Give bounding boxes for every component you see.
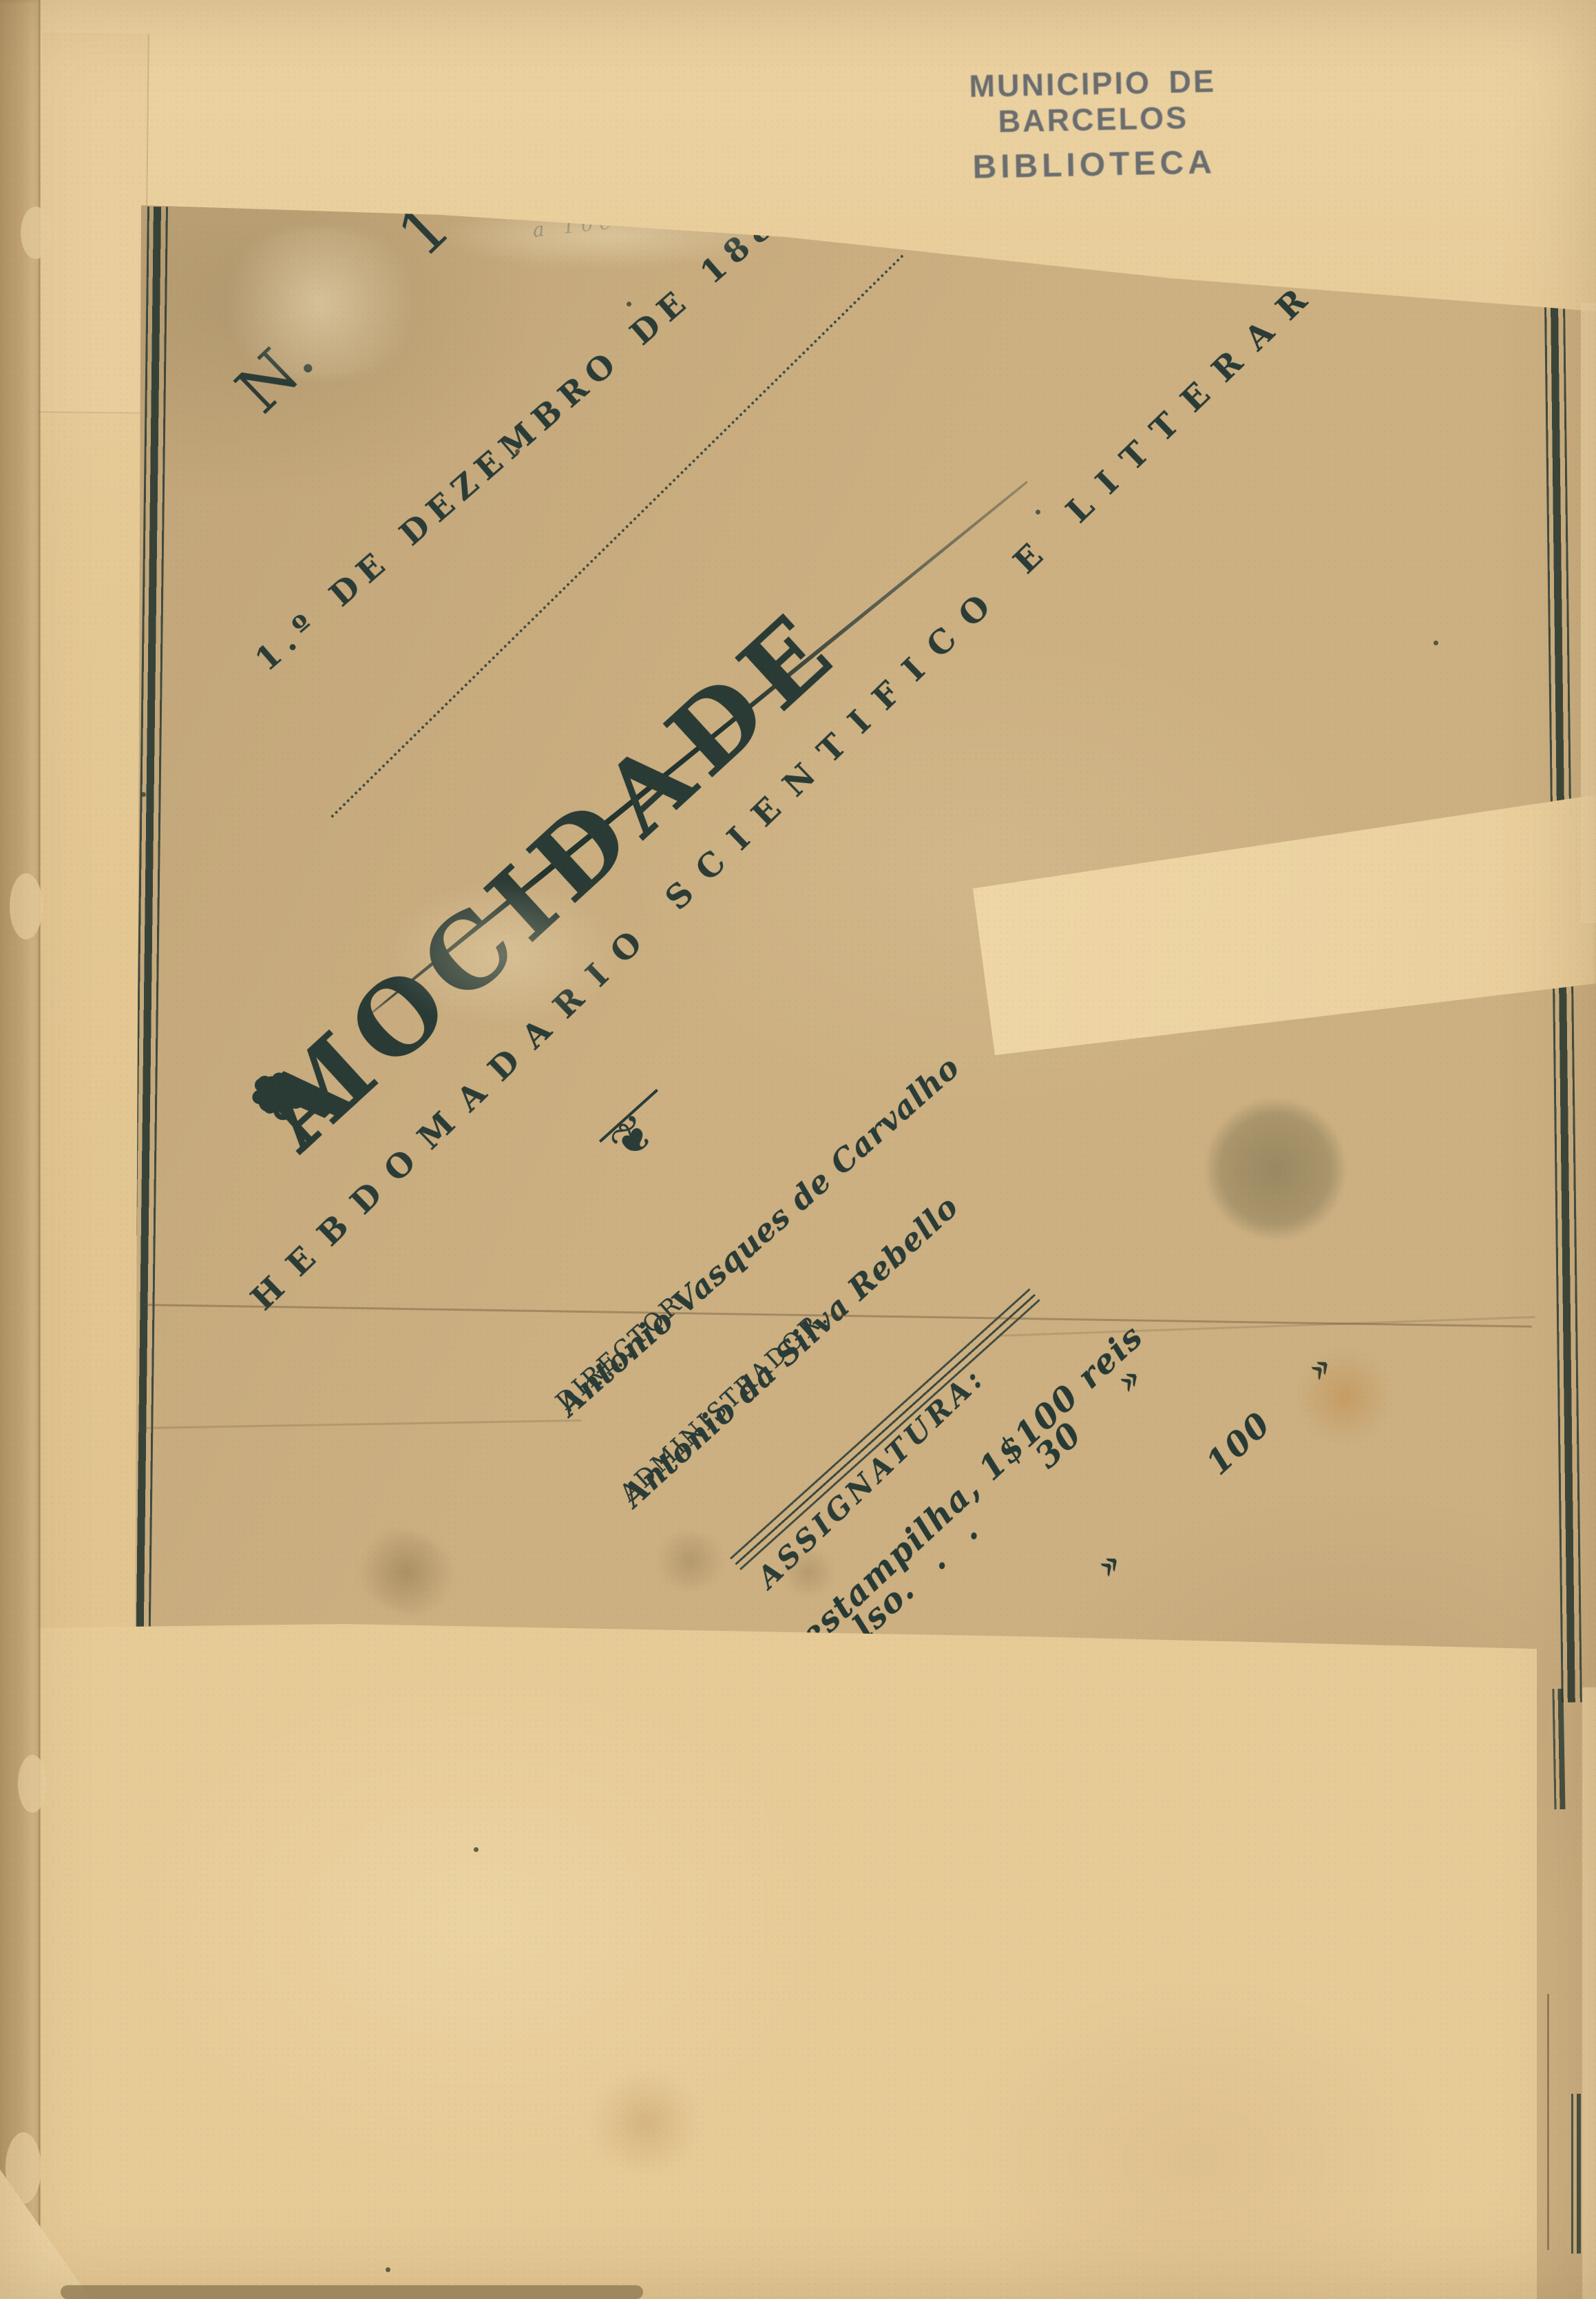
blank-bottom-sheet xyxy=(0,1612,1596,2299)
abrasion-highlight xyxy=(386,882,620,1026)
pasted-paper-slip xyxy=(38,32,149,414)
ink-speck xyxy=(386,2267,390,2272)
torn-edge-nub xyxy=(10,873,43,939)
rule-fragment xyxy=(1552,1689,1565,1809)
rust-stain xyxy=(1298,1346,1391,1446)
rule-fragment xyxy=(1571,2094,1581,2254)
ink-speck xyxy=(1036,510,1040,514)
torn-edge-nub xyxy=(18,1755,47,1813)
page-edge-band xyxy=(1582,1687,1596,2299)
ink-speck xyxy=(474,1847,479,1852)
faded-stain xyxy=(585,2073,706,2173)
scanned-document-page: MUNICIPIO DE BARCELOS BIBLIOTECA N. 1 a … xyxy=(0,0,1596,2299)
ink-stain xyxy=(1205,1099,1346,1240)
library-stamp: MUNICIPIO DE BARCELOS BIBLIOTECA xyxy=(879,62,1308,189)
bottom-edge-shadow xyxy=(61,2285,643,2299)
abrasion-highlight xyxy=(441,203,771,269)
ink-speck xyxy=(141,792,146,797)
smudge-stain xyxy=(777,1551,840,1594)
ink-speck xyxy=(627,302,631,306)
fold-line xyxy=(39,0,41,2299)
stamp-line-2: BIBLIOTECA xyxy=(881,142,1308,189)
binding-edge xyxy=(0,0,40,2299)
smudge-stain xyxy=(651,1532,730,1589)
stamp-line-1: MUNICIPIO DE BARCELOS xyxy=(879,62,1307,143)
abrasion-highlight xyxy=(207,227,434,379)
ink-speck xyxy=(515,449,520,454)
underlying-page-edge xyxy=(1547,1994,1549,2250)
ink-speck xyxy=(1434,641,1438,645)
torn-edge-nub xyxy=(21,207,51,259)
page-edge-band xyxy=(1581,303,1596,923)
